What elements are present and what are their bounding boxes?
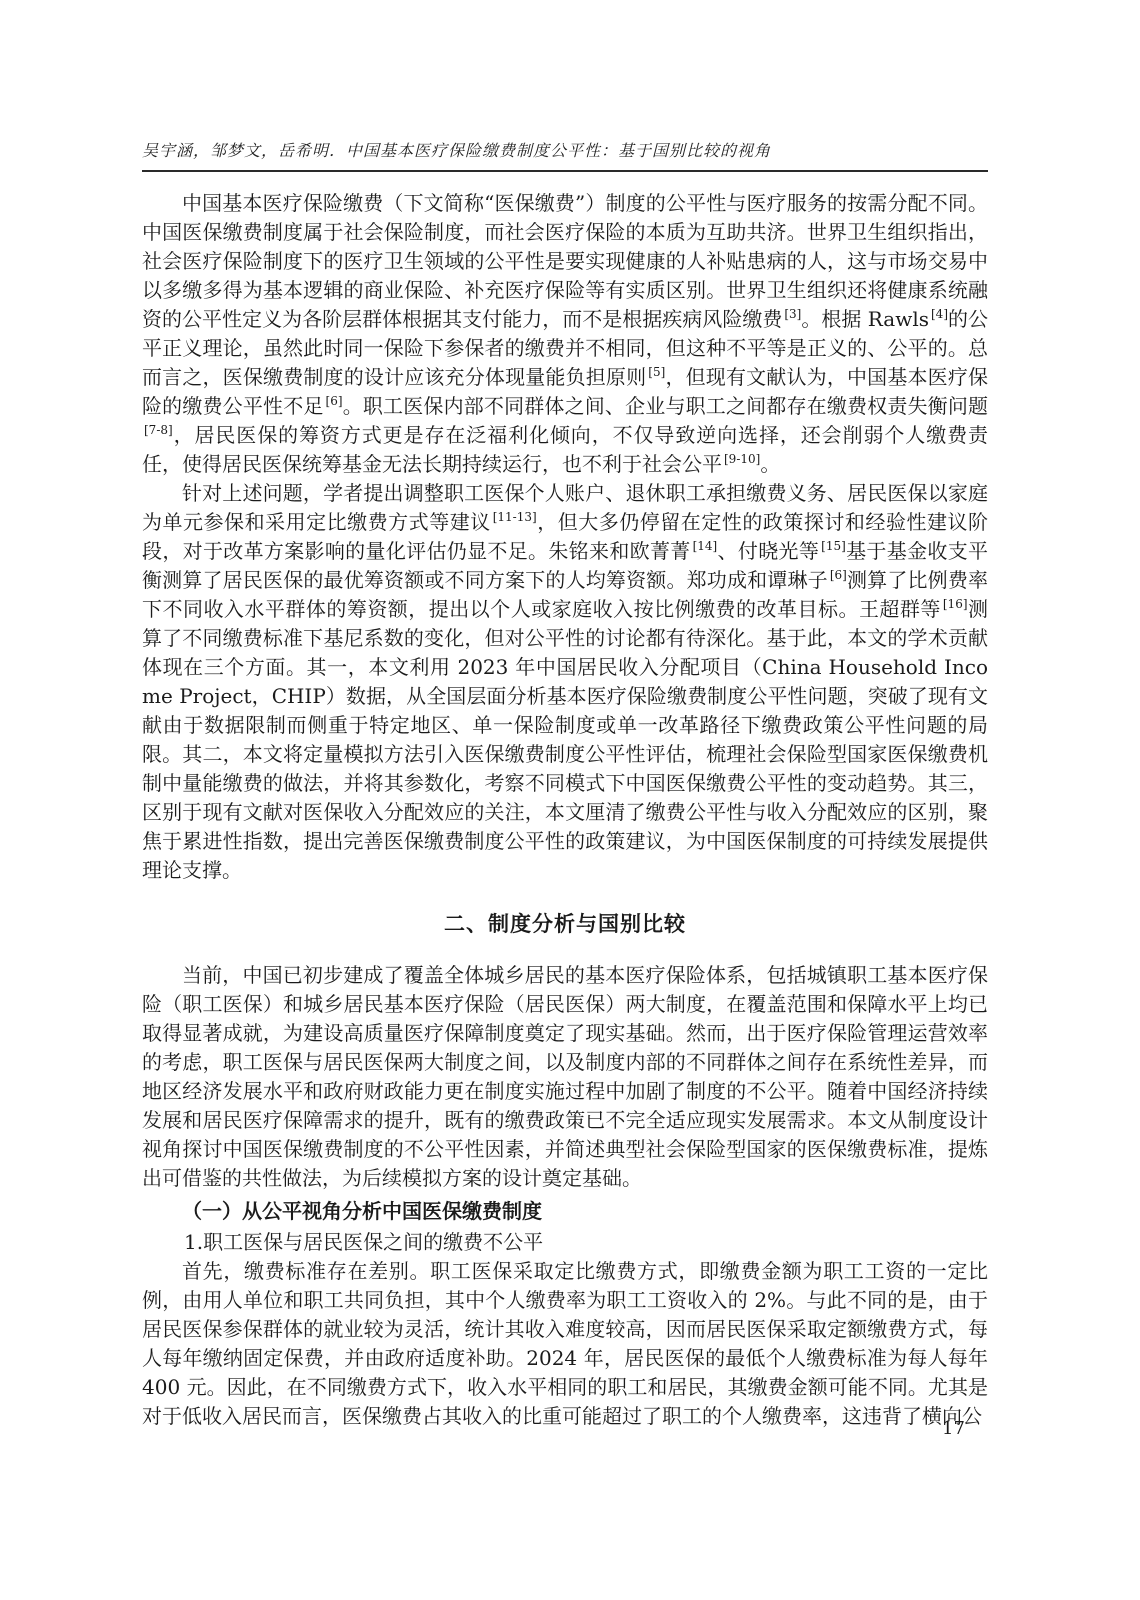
citation-marker: [4] — [931, 307, 948, 321]
citation-marker: [7-8] — [144, 423, 173, 437]
paragraph: 中国基本医疗保险缴费（下文简称“医保缴费”）制度的公平性与医疗服务的按需分配不同… — [142, 189, 988, 479]
citation-marker: [16] — [943, 597, 968, 611]
paragraph: 当前，中国已初步建成了覆盖全体城乡居民的基本医疗保险体系，包括城镇职工基本医疗保… — [142, 961, 988, 1193]
section-heading1: 二、制度分析与国别比较 — [142, 909, 988, 939]
section-heading2: （一）从公平视角分析中国医保缴费制度 — [142, 1196, 988, 1226]
citation-marker: [5] — [648, 365, 665, 379]
paragraph: 针对上述问题，学者提出调整职工医保个人账户、退休职工承担缴费义务、居民医保以家庭… — [142, 479, 988, 885]
document-page: 吴宇涵，邹梦文，岳希明．中国基本医疗保险缴费制度公平性：基于国别比较的视角 中国… — [0, 0, 1140, 1600]
citation-marker: [6] — [326, 394, 343, 408]
citation-marker: [14] — [693, 539, 718, 553]
running-title: 吴宇涵，邹梦文，岳希明．中国基本医疗保险缴费制度公平性：基于国别比较的视角 — [142, 138, 988, 161]
citation-marker: [6] — [830, 568, 847, 582]
citation-marker: [15] — [821, 539, 846, 553]
page-number: 17 — [942, 1418, 965, 1439]
page-content: 吴宇涵，邹梦文，岳希明．中国基本医疗保险缴费制度公平性：基于国别比较的视角 中国… — [142, 138, 988, 1431]
paragraph: 首先，缴费标准存在差别。职工医保采取定比缴费方式，即缴费金额为职工工资的一定比例… — [142, 1257, 988, 1431]
running-header: 吴宇涵，邹梦文，岳希明．中国基本医疗保险缴费制度公平性：基于国别比较的视角 — [142, 138, 988, 161]
citation-marker: [3] — [784, 307, 801, 321]
citation-marker: [9-10] — [724, 452, 760, 466]
header-rule — [142, 170, 988, 172]
citation-marker: [11-13] — [493, 510, 537, 524]
article-body: 中国基本医疗保险缴费（下文简称“医保缴费”）制度的公平性与医疗服务的按需分配不同… — [142, 189, 988, 1431]
section-heading3: 1.职工医保与居民医保之间的缴费不公平 — [142, 1227, 988, 1257]
